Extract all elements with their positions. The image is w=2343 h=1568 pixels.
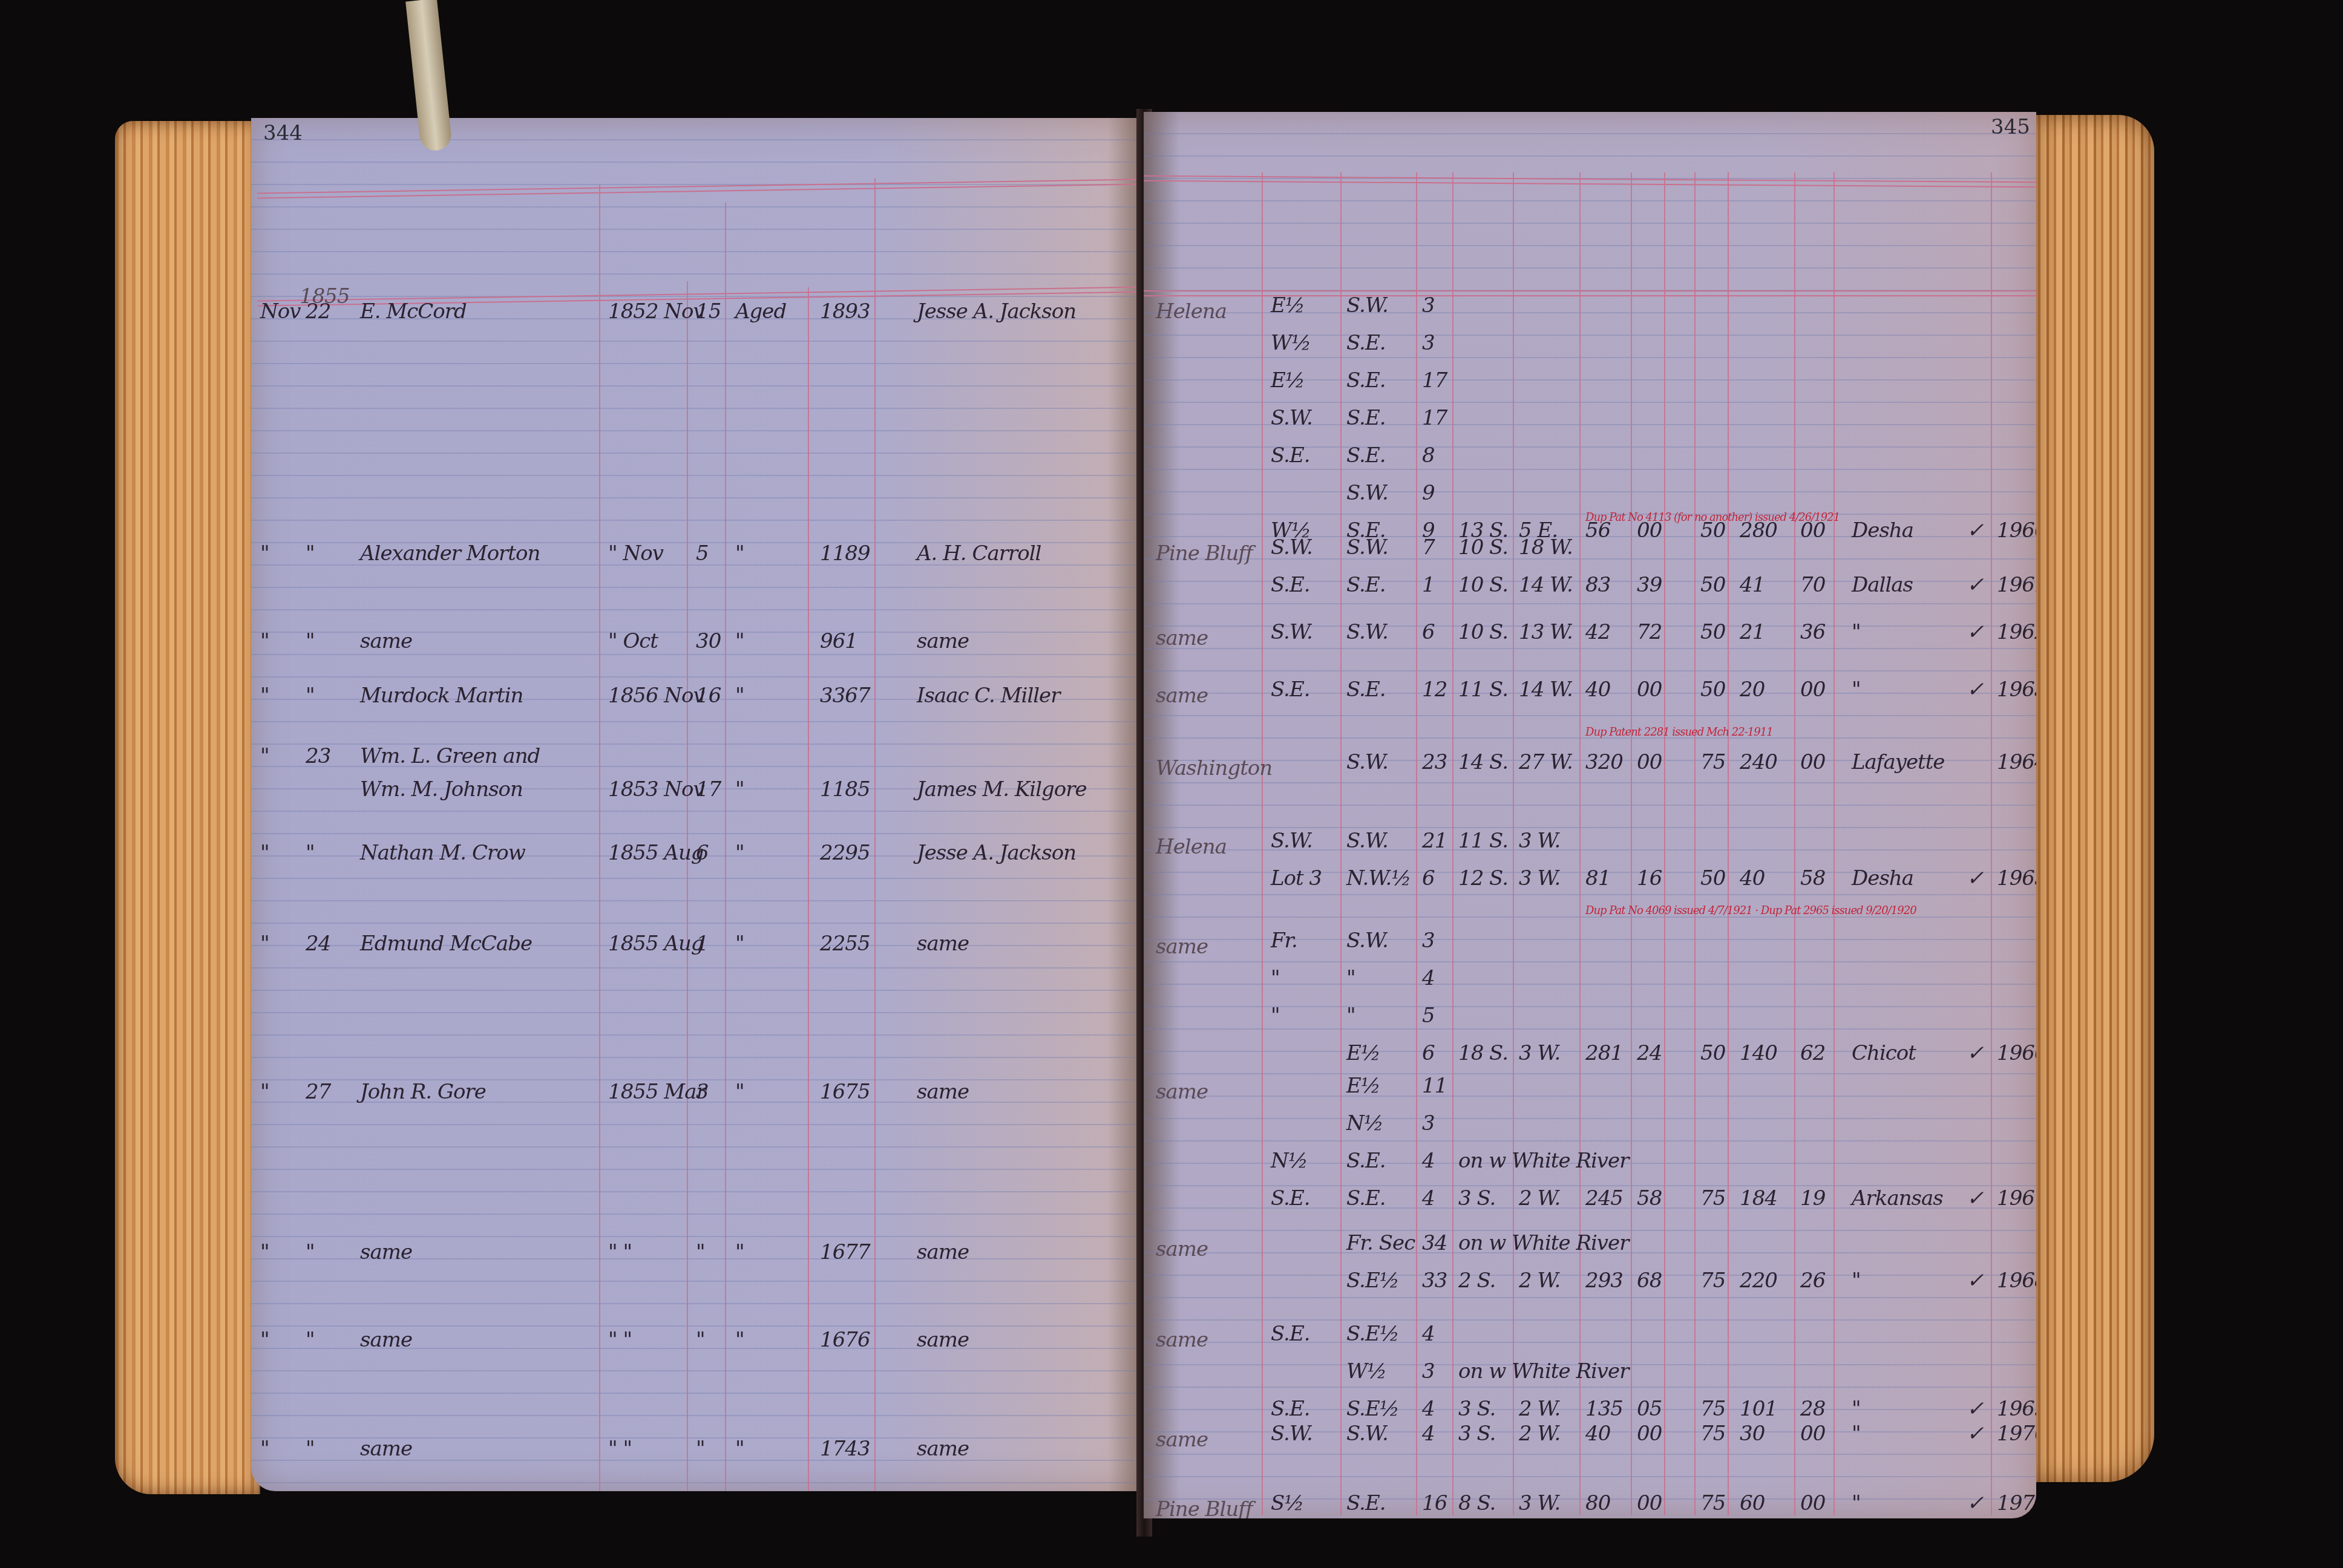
entry-agent: Jesse A. Jackson <box>917 299 1076 324</box>
township: 8 S. <box>1458 1491 1495 1515</box>
section: 6 <box>1422 620 1435 644</box>
amount-cents: 00 <box>1800 1491 1825 1515</box>
amount-dollars: 220 <box>1740 1269 1777 1293</box>
left-page: 344 Nov22E. McCord1852 Nov15Aged1893Jess… <box>251 118 1144 1491</box>
certificate-number: 1970 <box>1997 1422 2036 1446</box>
column-divider <box>1664 172 1665 1515</box>
column-divider <box>1340 172 1342 1515</box>
entry-agent: James M. Kilgore <box>917 777 1087 802</box>
land-part: S.E. <box>1271 1186 1310 1210</box>
section: 3 <box>1422 1111 1435 1135</box>
column-divider <box>1579 172 1581 1515</box>
amount-cents: 28 <box>1800 1397 1825 1421</box>
entry-agent: Jesse A. Jackson <box>917 841 1076 865</box>
acres: 293 <box>1585 1269 1623 1293</box>
rate-per-acre: 75 <box>1700 1397 1725 1421</box>
township: 12 S. <box>1458 866 1508 890</box>
duplicate-patent-note: Dup Pat No 4069 issued 4/7/1921 · Dup Pa… <box>1585 904 1916 917</box>
entry-name: same <box>360 1328 412 1352</box>
check-mark: ✓ <box>1967 866 1984 890</box>
land-office: same <box>1156 1237 1208 1261</box>
quarter: S.W. <box>1346 535 1388 560</box>
column-divider <box>1452 172 1453 1515</box>
column-divider <box>599 185 600 1491</box>
range: 3 W. <box>1519 829 1560 853</box>
section: 6 <box>1422 1041 1435 1065</box>
land-part: S.W. <box>1271 829 1312 853</box>
acres: 281 <box>1585 1041 1623 1065</box>
section: 23 <box>1422 750 1447 774</box>
left-page-edges <box>115 121 260 1494</box>
land-part: S½ <box>1271 1491 1303 1515</box>
acres-fraction: 39 <box>1637 573 1662 597</box>
amount-cents: 58 <box>1800 866 1825 890</box>
range: 13 W. <box>1519 620 1573 644</box>
quarter: S.E½ <box>1346 1269 1399 1293</box>
acres-fraction: 68 <box>1637 1269 1662 1293</box>
right-page: 345 HelenaE½S.W.3W½S.E.3E½S.E.17S.W.S.E.… <box>1144 112 2036 1518</box>
column-divider <box>1262 172 1263 1515</box>
rate-per-acre: 75 <box>1700 1422 1725 1446</box>
entry-agent: same <box>917 629 969 653</box>
quarter: S.W. <box>1346 481 1388 505</box>
check-mark: ✓ <box>1967 1422 1984 1446</box>
section: 11 <box>1422 1074 1447 1098</box>
range: 2 W. <box>1519 1269 1560 1293</box>
acres: 320 <box>1585 750 1623 774</box>
section: 3 <box>1422 331 1435 355</box>
amount-cents: 26 <box>1800 1269 1825 1293</box>
section: 4 <box>1422 1149 1435 1173</box>
column-divider <box>1416 172 1417 1515</box>
acres: 245 <box>1585 1186 1623 1210</box>
land-part: S.E. <box>1271 443 1310 468</box>
amount-cents: 19 <box>1800 1186 1825 1210</box>
acres-fraction: 00 <box>1637 1422 1662 1446</box>
land-part: S.W. <box>1271 620 1312 644</box>
certificate-number: 1966 <box>1997 1041 2036 1065</box>
county: Desha <box>1852 866 1913 890</box>
acres-fraction: 24 <box>1637 1041 1662 1065</box>
land-part: S.E. <box>1271 678 1310 702</box>
column-divider <box>1991 172 1992 1515</box>
entry-act: " <box>735 684 744 708</box>
township: 10 S. <box>1458 535 1508 560</box>
column-divider <box>687 281 688 1491</box>
entry-date: " " <box>608 1240 632 1264</box>
land-office: Washington <box>1156 756 1272 780</box>
acres-fraction: 00 <box>1637 678 1662 702</box>
certificate-number: 1963 <box>1997 678 2036 702</box>
county: " <box>1852 620 1861 644</box>
quarter: S.E. <box>1346 1149 1386 1173</box>
section: 21 <box>1422 829 1447 853</box>
county: " <box>1852 1422 1861 1446</box>
quarter: E½ <box>1346 1074 1380 1098</box>
acres: 40 <box>1585 678 1610 702</box>
amount-dollars: 60 <box>1740 1491 1765 1515</box>
entry-month: " <box>260 629 269 653</box>
land-office: same <box>1156 1080 1208 1104</box>
entry-month: " <box>260 744 269 768</box>
quarter: S.E. <box>1346 331 1386 355</box>
entry-name: Alexander Morton <box>360 541 540 566</box>
quarter: S.E. <box>1346 573 1386 597</box>
quarter: S.E. <box>1346 678 1386 702</box>
quarter: S.W. <box>1346 829 1388 853</box>
entry-month: " <box>260 1240 269 1264</box>
land-office: same <box>1156 935 1208 959</box>
entry-date-day: 5 <box>696 541 709 566</box>
quarter: E½ <box>1346 1041 1380 1065</box>
acres: 80 <box>1585 1491 1610 1515</box>
rate-per-acre: 50 <box>1700 620 1725 644</box>
section: 7 <box>1422 535 1435 560</box>
township: 2 S. <box>1458 1269 1495 1293</box>
land-part: S.E. <box>1271 573 1310 597</box>
entry-name: E. McCord <box>360 299 467 324</box>
entry-act: " <box>735 777 744 802</box>
land-part: S.W. <box>1271 1422 1312 1446</box>
section: 9 <box>1422 481 1435 505</box>
range: 2 W. <box>1519 1186 1560 1210</box>
entry-number: 2295 <box>820 841 870 865</box>
entry-name: Wm. L. Green and <box>360 744 540 768</box>
land-office: Helena <box>1156 835 1227 859</box>
entry-date-day: " <box>696 1240 705 1264</box>
township: on w White River <box>1458 1231 1628 1255</box>
certificate-number: 1971 <box>1997 1491 2036 1515</box>
certificate-number: 1968 <box>1997 1269 2036 1293</box>
amount-dollars: 20 <box>1740 678 1765 702</box>
quarter: S.E. <box>1346 406 1386 430</box>
acres-fraction: 05 <box>1637 1397 1662 1421</box>
entry-act: " <box>735 541 744 566</box>
quarter: S.E½ <box>1346 1322 1399 1346</box>
township: 3 S. <box>1458 1397 1495 1421</box>
entry-day: " <box>306 1240 315 1264</box>
check-mark: ✓ <box>1967 1491 1984 1515</box>
land-office: Pine Bluff <box>1156 541 1253 566</box>
amount-cents: 62 <box>1800 1041 1825 1065</box>
check-mark: ✓ <box>1967 1397 1984 1421</box>
check-mark: ✓ <box>1967 620 1984 644</box>
entry-name-second: Wm. M. Johnson <box>360 777 523 802</box>
section: 4 <box>1422 966 1435 990</box>
entry-date-day: 3 <box>696 1080 709 1104</box>
entry-date-day: 30 <box>696 629 721 653</box>
rate-per-acre: 75 <box>1700 750 1725 774</box>
column-divider <box>1833 172 1835 1515</box>
section: 8 <box>1422 443 1435 468</box>
section: 17 <box>1422 406 1447 430</box>
certificate-number: 1961 <box>1997 573 2036 597</box>
quarter: S.W. <box>1346 620 1388 644</box>
entry-agent: same <box>917 1437 969 1461</box>
amount-dollars: 184 <box>1740 1186 1777 1210</box>
ruled-lines <box>251 118 1144 1491</box>
entry-date: 1855 Aug <box>608 841 704 865</box>
entry-date: " " <box>608 1328 632 1352</box>
section: 4 <box>1422 1186 1435 1210</box>
entry-act: " <box>735 1437 744 1461</box>
rate-per-acre: 75 <box>1700 1491 1725 1515</box>
section: 33 <box>1422 1269 1447 1293</box>
land-part: S.E. <box>1271 1322 1310 1346</box>
acres-fraction: 16 <box>1637 866 1662 890</box>
entry-name: same <box>360 629 412 653</box>
land-part: Lot 3 <box>1271 866 1322 890</box>
land-part: W½ <box>1271 331 1311 355</box>
entry-month: Nov <box>260 299 300 324</box>
entry-number: 1675 <box>820 1080 870 1104</box>
entry-number: 1676 <box>820 1328 870 1352</box>
quarter: S.E. <box>1346 1491 1386 1515</box>
amount-dollars: 21 <box>1740 620 1765 644</box>
land-office: Pine Bluff <box>1156 1497 1253 1518</box>
land-part: S.W. <box>1271 406 1312 430</box>
entry-date-day: 15 <box>696 299 721 324</box>
entry-day: " <box>306 684 315 708</box>
certificate-number: 1967 <box>1997 1186 2036 1210</box>
land-part: " <box>1271 1004 1280 1028</box>
entry-number: 2255 <box>820 932 870 956</box>
entry-number: 3367 <box>820 684 870 708</box>
land-part: S.W. <box>1271 535 1312 560</box>
entry-act: " <box>735 1240 744 1264</box>
duplicate-patent-note: Dup Pat No 4113 (for no another) issued … <box>1585 511 1840 524</box>
township: on w White River <box>1458 1149 1628 1173</box>
range: 14 W. <box>1519 678 1573 702</box>
range: 3 W. <box>1519 866 1560 890</box>
section: 5 <box>1422 1004 1435 1028</box>
entry-name: Murdock Martin <box>360 684 523 708</box>
section: 16 <box>1422 1491 1447 1515</box>
county: Desha <box>1852 518 1913 543</box>
entry-number: 1677 <box>820 1240 870 1264</box>
entry-act: " <box>735 1328 744 1352</box>
entry-number: 1893 <box>820 299 870 324</box>
column-divider <box>1513 172 1514 1515</box>
entry-date-day: 1 <box>696 932 709 956</box>
entry-month: " <box>260 684 269 708</box>
entry-month: " <box>260 1437 269 1461</box>
check-mark: ✓ <box>1967 1186 1984 1210</box>
land-part: S.E. <box>1271 1397 1310 1421</box>
amount-dollars: 101 <box>1740 1397 1777 1421</box>
certificate-number: 1969 <box>1997 1397 2036 1421</box>
entry-month: " <box>260 541 269 566</box>
county: " <box>1852 1269 1861 1293</box>
certificate-number: 1962 <box>1997 620 2036 644</box>
entry-day: 23 <box>306 744 330 768</box>
rate-per-acre: 50 <box>1700 1041 1725 1065</box>
quarter: W½ <box>1346 1359 1386 1383</box>
open-ledger-book: 344 Nov22E. McCord1852 Nov15Aged1893Jess… <box>0 0 2343 1568</box>
entry-date-day: " <box>696 1437 705 1461</box>
acres-fraction: 00 <box>1637 1491 1662 1515</box>
county: Dallas <box>1852 573 1913 597</box>
entry-date: " " <box>608 1437 632 1461</box>
check-mark: ✓ <box>1967 678 1984 702</box>
range: 3 W. <box>1519 1041 1560 1065</box>
entry-number: 1185 <box>820 777 870 802</box>
township: 3 S. <box>1458 1422 1495 1446</box>
column-divider <box>1694 172 1696 1515</box>
amount-dollars: 140 <box>1740 1041 1777 1065</box>
land-office: same <box>1156 1428 1208 1452</box>
amount-dollars: 240 <box>1740 750 1777 774</box>
entry-day: " <box>306 629 315 653</box>
check-mark: ✓ <box>1967 518 1984 543</box>
right-page-edges <box>2033 115 2154 1482</box>
township: 11 S. <box>1458 829 1508 853</box>
section: 1 <box>1422 573 1435 597</box>
quarter: S.E. <box>1346 368 1386 393</box>
acres: 81 <box>1585 866 1610 890</box>
range: 14 W. <box>1519 573 1573 597</box>
rate-per-acre: 50 <box>1700 678 1725 702</box>
section: 6 <box>1422 866 1435 890</box>
entry-name: Edmund McCabe <box>360 932 532 956</box>
column-divider <box>874 178 876 1491</box>
entry-date: 1852 Nov <box>608 299 704 324</box>
quarter: S.W. <box>1346 293 1388 318</box>
quarter: Fr. Sec <box>1346 1231 1415 1255</box>
check-mark: ✓ <box>1967 573 1984 597</box>
entry-date-day: " <box>696 1328 705 1352</box>
entry-number: 1743 <box>820 1437 870 1461</box>
acres: 135 <box>1585 1397 1623 1421</box>
rate-per-acre: 50 <box>1700 866 1725 890</box>
amount-dollars: 40 <box>1740 866 1765 890</box>
quarter: S.E½ <box>1346 1397 1399 1421</box>
entry-month: " <box>260 841 269 865</box>
amount-dollars: 41 <box>1740 573 1765 597</box>
quarter: S.W. <box>1346 750 1388 774</box>
quarter: N.W.½ <box>1346 866 1411 890</box>
entry-day: " <box>306 841 315 865</box>
land-part: E½ <box>1271 293 1305 318</box>
entry-agent: Isaac C. Miller <box>917 684 1060 708</box>
check-mark: ✓ <box>1967 1041 1984 1065</box>
entry-day: 24 <box>306 932 330 956</box>
entry-name: same <box>360 1437 412 1461</box>
land-part: E½ <box>1271 368 1305 393</box>
entry-date-day: 6 <box>696 841 709 865</box>
entry-date: 1856 Nov <box>608 684 704 708</box>
entry-day: " <box>306 1437 315 1461</box>
entry-agent: same <box>917 1240 969 1264</box>
section: 3 <box>1422 929 1435 953</box>
acres: 42 <box>1585 620 1610 644</box>
entry-date: 1855 Mar <box>608 1080 706 1104</box>
land-office: same <box>1156 684 1208 708</box>
entry-name: Nathan M. Crow <box>360 841 525 865</box>
township: 10 S. <box>1458 620 1508 644</box>
entry-name: same <box>360 1240 412 1264</box>
acres-fraction: 72 <box>1637 620 1662 644</box>
land-part: N½ <box>1271 1149 1308 1173</box>
page-number-right: 345 <box>1991 115 2030 139</box>
page-number-left: 344 <box>263 121 303 145</box>
range: 27 W. <box>1519 750 1573 774</box>
quarter: S.E. <box>1346 1186 1386 1210</box>
acres: 40 <box>1585 1422 1610 1446</box>
section: 4 <box>1422 1422 1435 1446</box>
township: 14 S. <box>1458 750 1508 774</box>
duplicate-patent-note: Dup Patent 2281 issued Mch 22-1911 <box>1585 726 1773 739</box>
section: 4 <box>1422 1397 1435 1421</box>
section: 12 <box>1422 678 1447 702</box>
entry-act: " <box>735 841 744 865</box>
ruled-lines <box>1144 112 2036 1518</box>
acres: 83 <box>1585 573 1610 597</box>
range: 2 W. <box>1519 1422 1560 1446</box>
county: " <box>1852 678 1861 702</box>
section: 17 <box>1422 368 1447 393</box>
quarter: S.E. <box>1346 443 1386 468</box>
section: 34 <box>1422 1231 1447 1255</box>
check-mark: ✓ <box>1967 1269 1984 1293</box>
entry-agent: same <box>917 1328 969 1352</box>
township: 10 S. <box>1458 573 1508 597</box>
column-divider <box>1794 172 1795 1515</box>
entry-act: " <box>735 932 744 956</box>
entry-agent: A. H. Carroll <box>917 541 1041 566</box>
entry-agent: same <box>917 1080 969 1104</box>
township: 18 S. <box>1458 1041 1508 1065</box>
entry-number: 961 <box>820 629 857 653</box>
county: " <box>1852 1397 1861 1421</box>
county: Arkansas <box>1852 1186 1943 1210</box>
acres-fraction: 00 <box>1637 750 1662 774</box>
entry-act: " <box>735 629 744 653</box>
rate-per-acre: 75 <box>1700 1269 1725 1293</box>
township: 11 S. <box>1458 678 1508 702</box>
quarter: N½ <box>1346 1111 1383 1135</box>
land-part: Fr. <box>1271 929 1297 953</box>
land-office: Helena <box>1156 299 1227 324</box>
column-divider <box>808 287 809 1491</box>
rate-per-acre: 75 <box>1700 1186 1725 1210</box>
section: 3 <box>1422 293 1435 318</box>
entry-month: " <box>260 1328 269 1352</box>
entry-date: " Oct <box>608 629 658 653</box>
township: on w White River <box>1458 1359 1628 1383</box>
acres-fraction: 58 <box>1637 1186 1662 1210</box>
entry-date-day: 16 <box>696 684 721 708</box>
range: 2 W. <box>1519 1397 1560 1421</box>
section: 3 <box>1422 1359 1435 1383</box>
township: 3 S. <box>1458 1186 1495 1210</box>
certificate-number: 1965 <box>1997 866 2036 890</box>
range: 18 W. <box>1519 535 1573 560</box>
column-divider <box>725 203 726 1491</box>
entry-number: 1189 <box>820 541 870 566</box>
land-part: " <box>1271 966 1280 990</box>
amount-cents: 00 <box>1800 750 1825 774</box>
amount-cents: 00 <box>1800 678 1825 702</box>
entry-date: 1853 Nov <box>608 777 704 802</box>
entry-date-day: 17 <box>696 777 721 802</box>
amount-cents: 00 <box>1800 1422 1825 1446</box>
land-office: same <box>1156 1328 1208 1352</box>
range: 3 W. <box>1519 1491 1560 1515</box>
entry-agent: same <box>917 932 969 956</box>
county: Chicot <box>1852 1041 1916 1065</box>
amount-cents: 70 <box>1800 573 1825 597</box>
